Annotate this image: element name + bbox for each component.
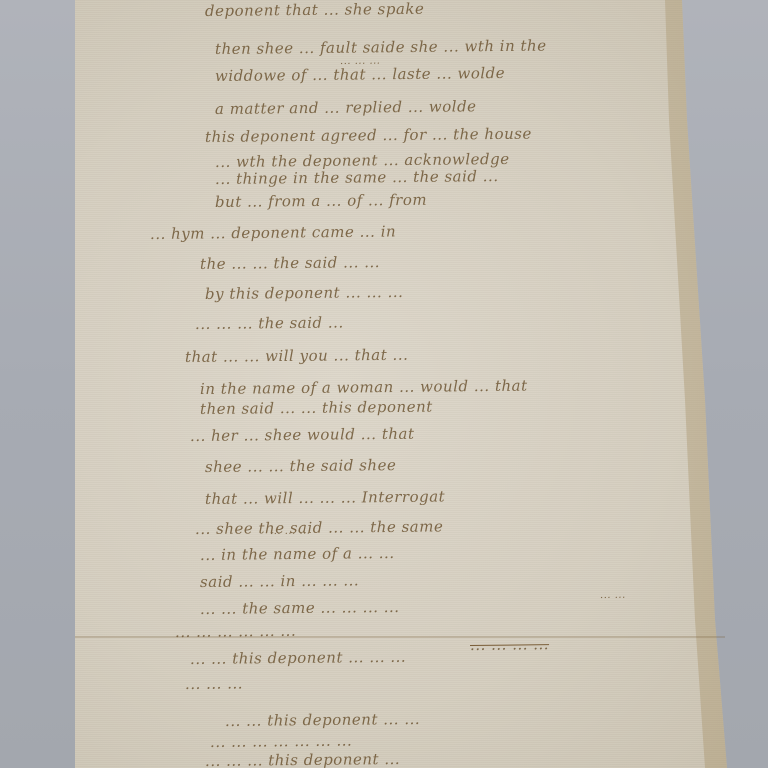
handwritten-line: by this deponent ... ... ... [205, 283, 404, 303]
handwritten-line: ... ... ... [185, 674, 243, 693]
interlinear-insert: ... ... [600, 590, 626, 601]
handwritten-line: ... ... ... this deponent ... [205, 750, 400, 768]
handwritten-line: ... ... ... ... ... ... ... [210, 732, 352, 751]
interlinear-insert: ... ... ... [270, 526, 311, 537]
handwritten-line: ... her ... shee would ... that [190, 425, 415, 445]
handwritten-line: then said ... ... this deponent [200, 398, 433, 418]
handwritten-line: that ... will ... ... ... Interrogat [205, 487, 445, 508]
struck-text: ... ... ... ... [470, 635, 549, 654]
interlinear-insert: ... ... ... [340, 56, 381, 67]
handwritten-line: the ... ... the said ... ... [200, 253, 380, 273]
handwritten-line: but ... from a ... of ... from [215, 191, 427, 211]
handwritten-line: ... shee the said ... ... the same [195, 517, 444, 538]
handwritten-line: ... ... the same ... ... ... ... [200, 598, 400, 618]
handwritten-line: widdowe of ... that ... laste ... wolde [215, 64, 505, 85]
fold-line [75, 636, 725, 638]
handwritten-line: ... ... this deponent ... ... ... [190, 648, 406, 668]
handwritten-line: that ... ... will you ... that ... [185, 346, 408, 366]
handwritten-line: ... ... this deponent ... ... [225, 710, 420, 730]
handwritten-line: ... hym ... deponent came ... in [150, 222, 396, 243]
handwritten-line: ... ... ... ... ... ... [175, 622, 296, 641]
handwritten-line: ... ... ... the said ... [195, 313, 344, 333]
handwritten-line: said ... ... in ... ... ... [200, 571, 359, 591]
handwritten-line: this deponent agreed ... for ... the hou… [205, 125, 532, 146]
handwritten-line: then shee ... fault saide she ... wth in… [215, 37, 547, 58]
handwritten-line: shee ... ... the said shee [205, 456, 396, 476]
handwritten-line: ... in the name of a ... ... [200, 544, 395, 564]
handwritten-line: a matter and ... replied ... wolde [215, 97, 477, 118]
handwritten-line: deponent that ... she spake [205, 0, 425, 20]
handwritten-line: ... thinge in the same ... the said ... [215, 167, 499, 188]
handwritten-line: in the name of a woman ... would ... tha… [200, 377, 528, 398]
